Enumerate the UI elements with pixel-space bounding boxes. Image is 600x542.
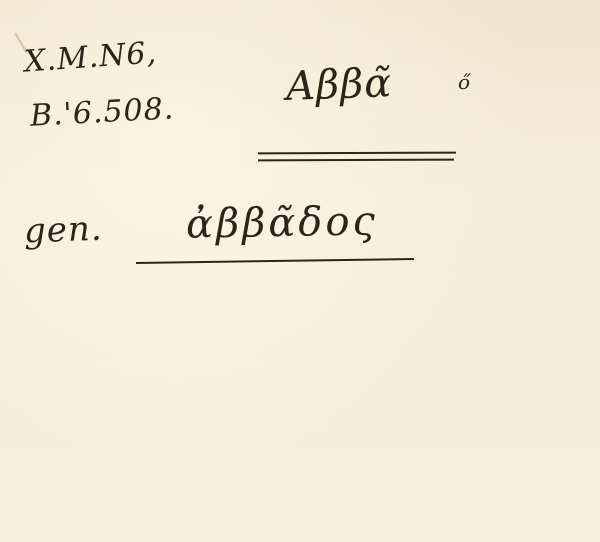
double-underline-top [258, 152, 456, 155]
genitive-label: gen. [23, 209, 103, 252]
genitive-form: ἀββᾶδος [186, 198, 379, 247]
double-underline-bottom [258, 159, 454, 161]
headword: Aββα̃ [285, 60, 393, 110]
genitive-underline [136, 258, 414, 264]
reference-line-1: X.M.N6, [23, 35, 158, 79]
reference-line-2: B.'6.508. [29, 91, 175, 134]
index-card: X.M.N6, B.'6.508. Aββα̃ ő gen. ἀββᾶδος [0, 0, 600, 542]
headword-accent-mark: ő [458, 70, 471, 94]
